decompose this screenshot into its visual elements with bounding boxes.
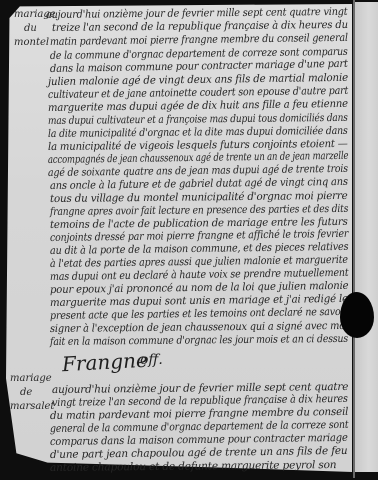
margin-note-line: mariage <box>10 372 54 386</box>
entry-line: antoine chapoulou et de defunte margueri… <box>50 459 336 474</box>
officer-signature-suffix: off. <box>140 352 163 368</box>
margin-note-2: mariage de marsalet <box>10 372 54 414</box>
binding-fold-line <box>353 0 355 478</box>
officer-signature: Frangne <box>61 348 148 376</box>
margin-note-line: marsalet <box>10 400 54 414</box>
margin-note-line: de <box>10 386 54 400</box>
adjacent-page-edge <box>355 2 378 472</box>
margin-note-line: du <box>14 22 56 36</box>
wax-seal-blot <box>340 292 374 338</box>
